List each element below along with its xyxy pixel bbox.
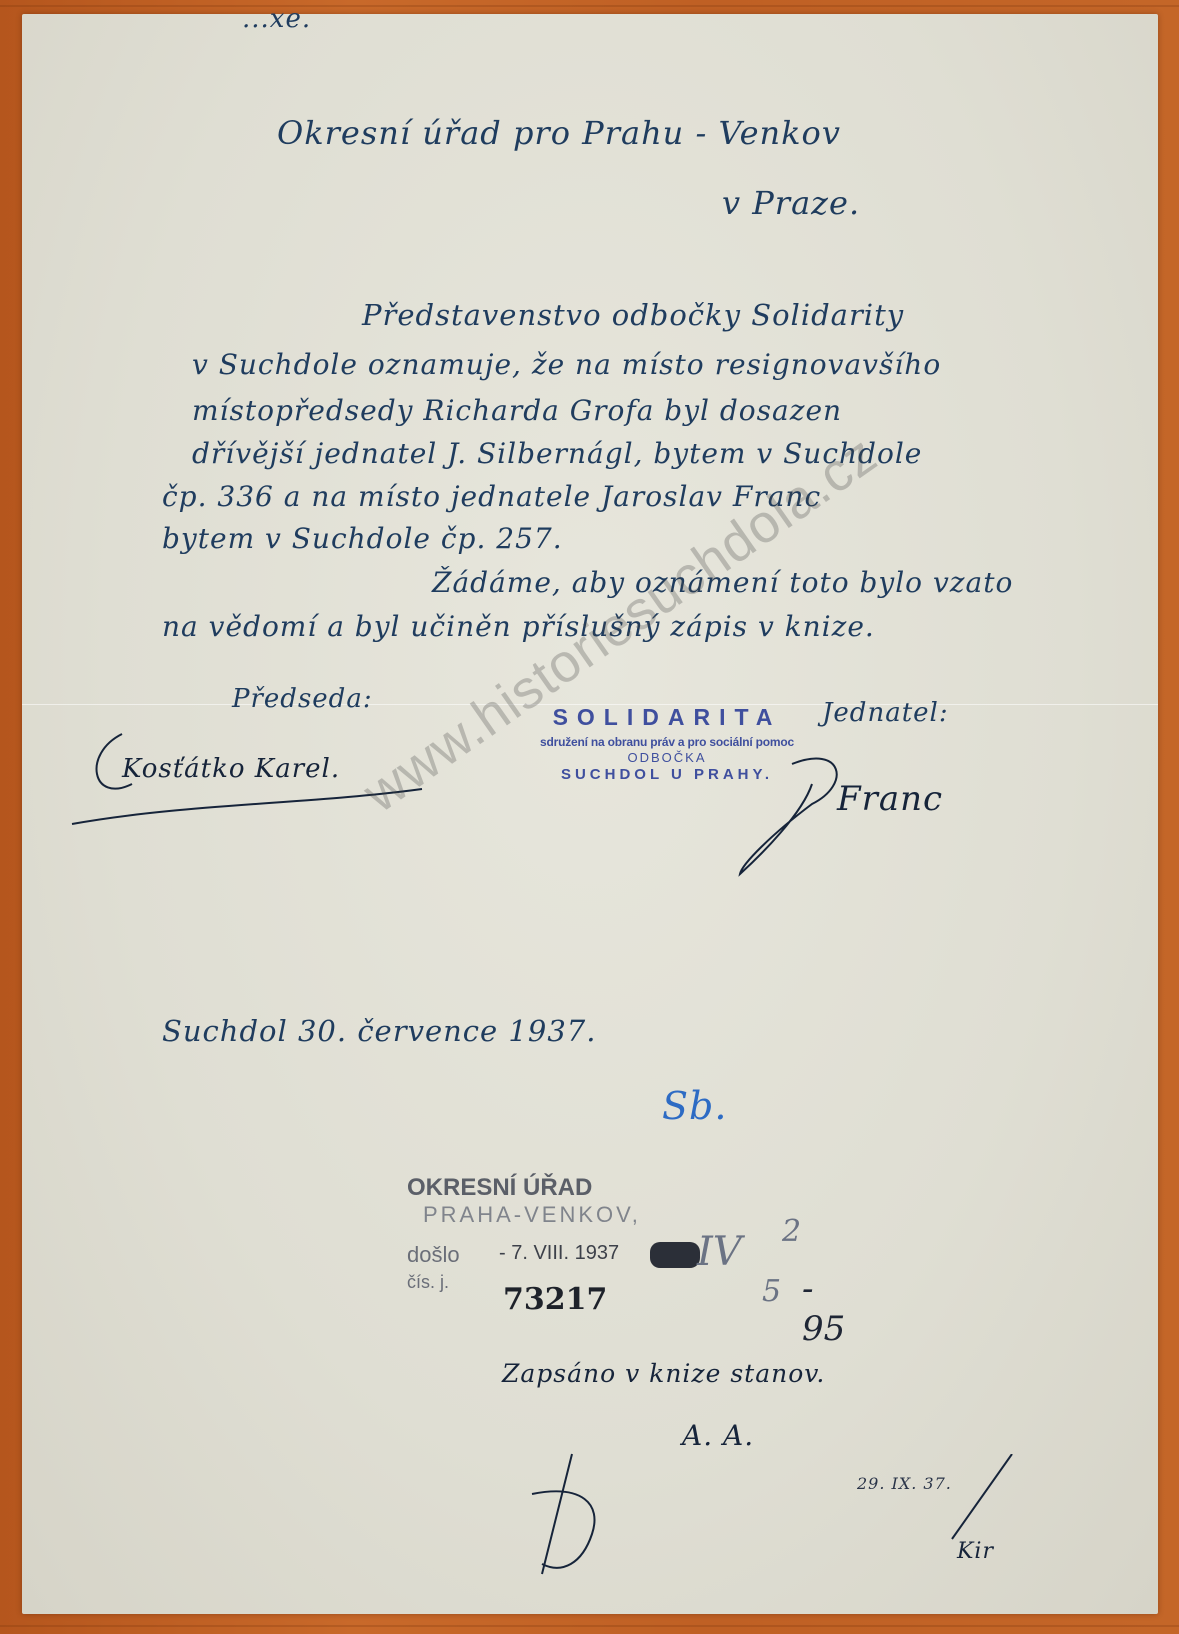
body-line: čp. 336 a na místo jednatele Jaroslav Fr… [162,480,821,513]
stamp-title: SOLIDARITA [522,704,812,731]
number-label: čís. j. [407,1272,449,1293]
office-stamp-line-1: OKRESNÍ ÚŘAD [407,1174,592,1202]
body-line: na vědomí a byl učiněn příslušný zápis v… [162,610,875,643]
office-stamp-line-2: PRAHA-VENKOV, [423,1202,641,1228]
corner-pen-stroke [942,1454,1022,1544]
review-date: 29. IX. 37. [857,1474,952,1493]
top-fragment: ...xe. [242,4,311,34]
registry-annotation: Zapsáno v knize stanov. [502,1359,825,1388]
pencil-roman: IV [697,1229,742,1275]
addressee-line-2: v Praze. [722,184,860,222]
file-number: 73217 [503,1282,607,1317]
wood-grain [0,5,1179,7]
addressee-line-1: Okresní úřad pro Prahu - Venkov [277,114,841,152]
pencil-subscript: 5 [762,1274,781,1309]
blue-pencil-initials: Sb. [662,1084,727,1128]
body-line: místopředsedy Richarda Grofa byl dosazen [192,394,842,427]
body-line: Představenstvo odbočky Solidarity [362,298,904,332]
official-signature-scrawl [522,1444,642,1584]
pencil-superscript: 2 [782,1214,801,1249]
ink-blot [650,1242,700,1268]
document-sheet: ...xe. Okresní úřad pro Prahu - Venkov v… [22,14,1158,1614]
reviewer-initials: A. A. [682,1419,754,1452]
date-line: Suchdol 30. července 1937. [162,1014,596,1048]
secretary-label: Jednatel: [822,698,949,728]
secretary-signature-flourish [732,744,952,894]
pencil-suffix: - 95 [802,1269,845,1349]
wood-grain [0,1625,1179,1627]
received-date: - 7. VIII. 1937 [499,1242,619,1265]
received-label: došlo [407,1242,460,1268]
body-line: bytem v Suchdole čp. 257. [162,522,563,555]
chair-label: Předseda: [232,684,373,714]
body-line: v Suchdole oznamuje, že na místo resigno… [192,348,941,381]
